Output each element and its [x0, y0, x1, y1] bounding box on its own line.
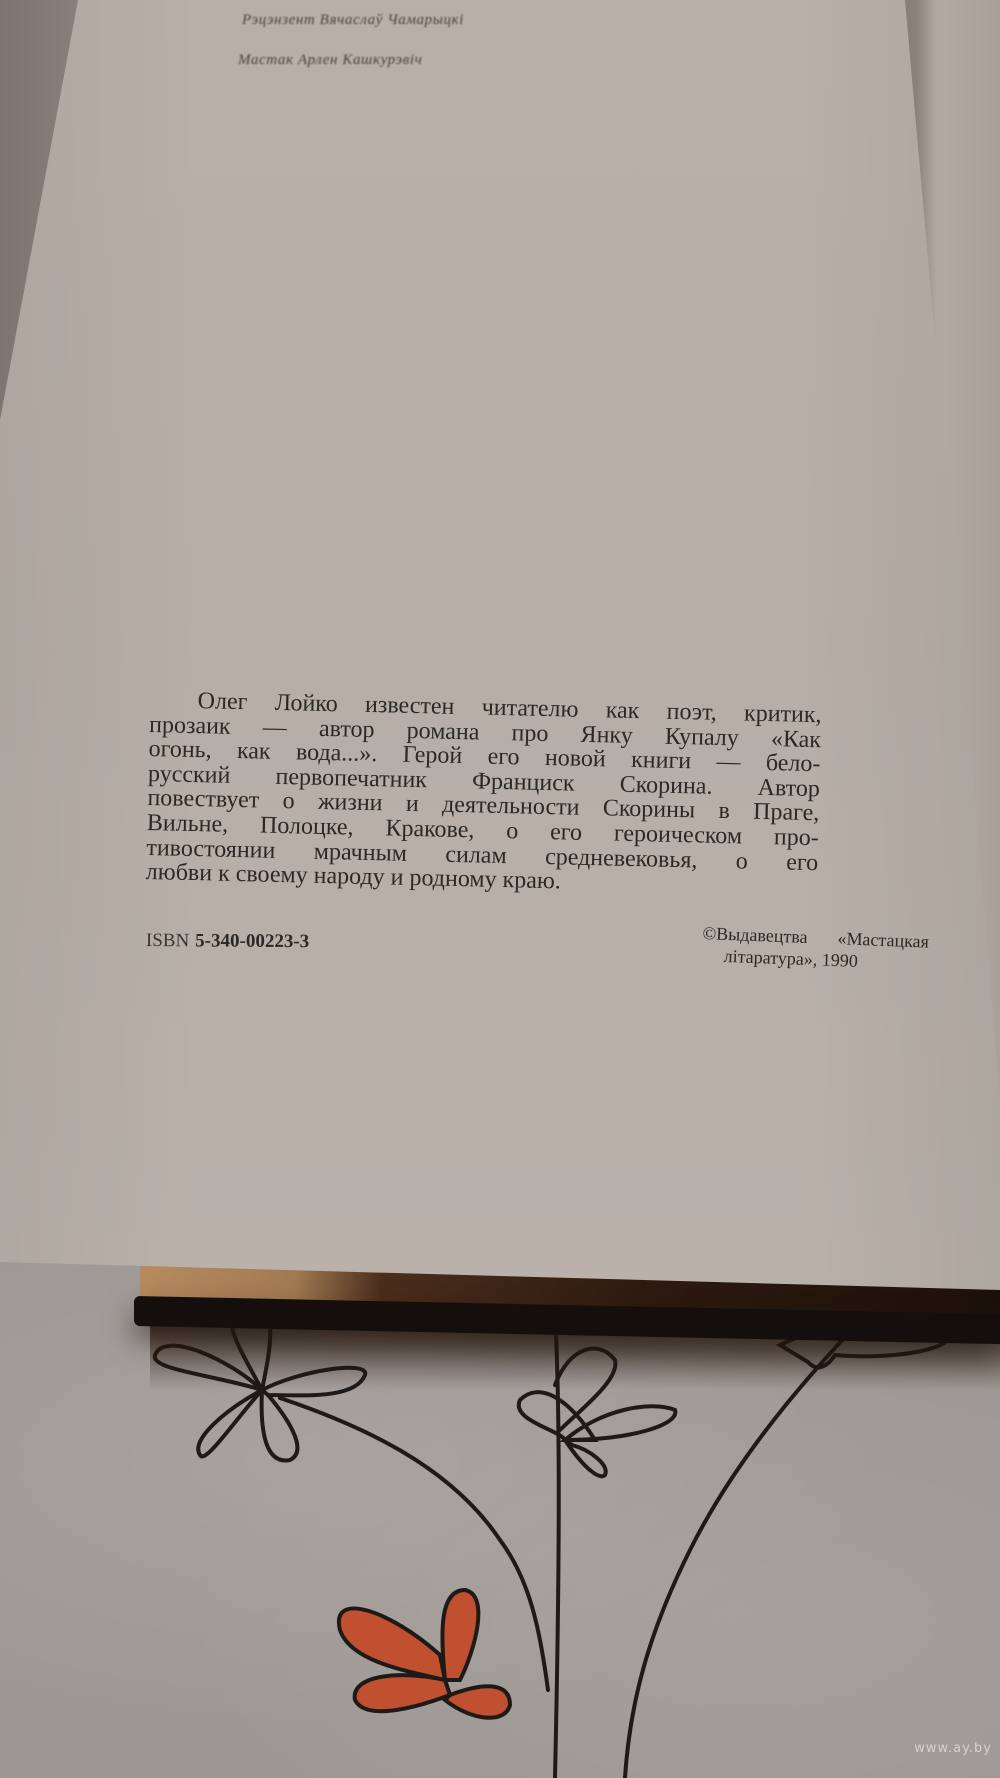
- isbn-label: ISBN: [146, 930, 189, 951]
- isbn-number: 5-340-00223-3: [195, 930, 309, 952]
- copyright-icon: ©: [702, 923, 716, 944]
- publisher-name-start: «Мастацкая: [837, 928, 929, 951]
- publisher-word: Выдавецтва: [716, 924, 808, 947]
- artist-credit: Мастак Арлен Кашкурэвіч: [238, 52, 422, 69]
- isbn: ISBN5-340-00223-3: [146, 930, 309, 953]
- reviewer-credit: Рэцэнзент Вячаслаў Чамарыцкі: [242, 12, 464, 29]
- book-abstract: Олег Лойко известен читателю как поэт, к…: [146, 688, 822, 900]
- watermark: www.ay.by: [914, 1741, 992, 1756]
- red-flower-icon: [339, 1590, 510, 1718]
- page-shading: [0, 0, 1000, 1300]
- copyright-notice: ©Выдавецтва«Мастацкая літаратура», 1990: [701, 922, 929, 975]
